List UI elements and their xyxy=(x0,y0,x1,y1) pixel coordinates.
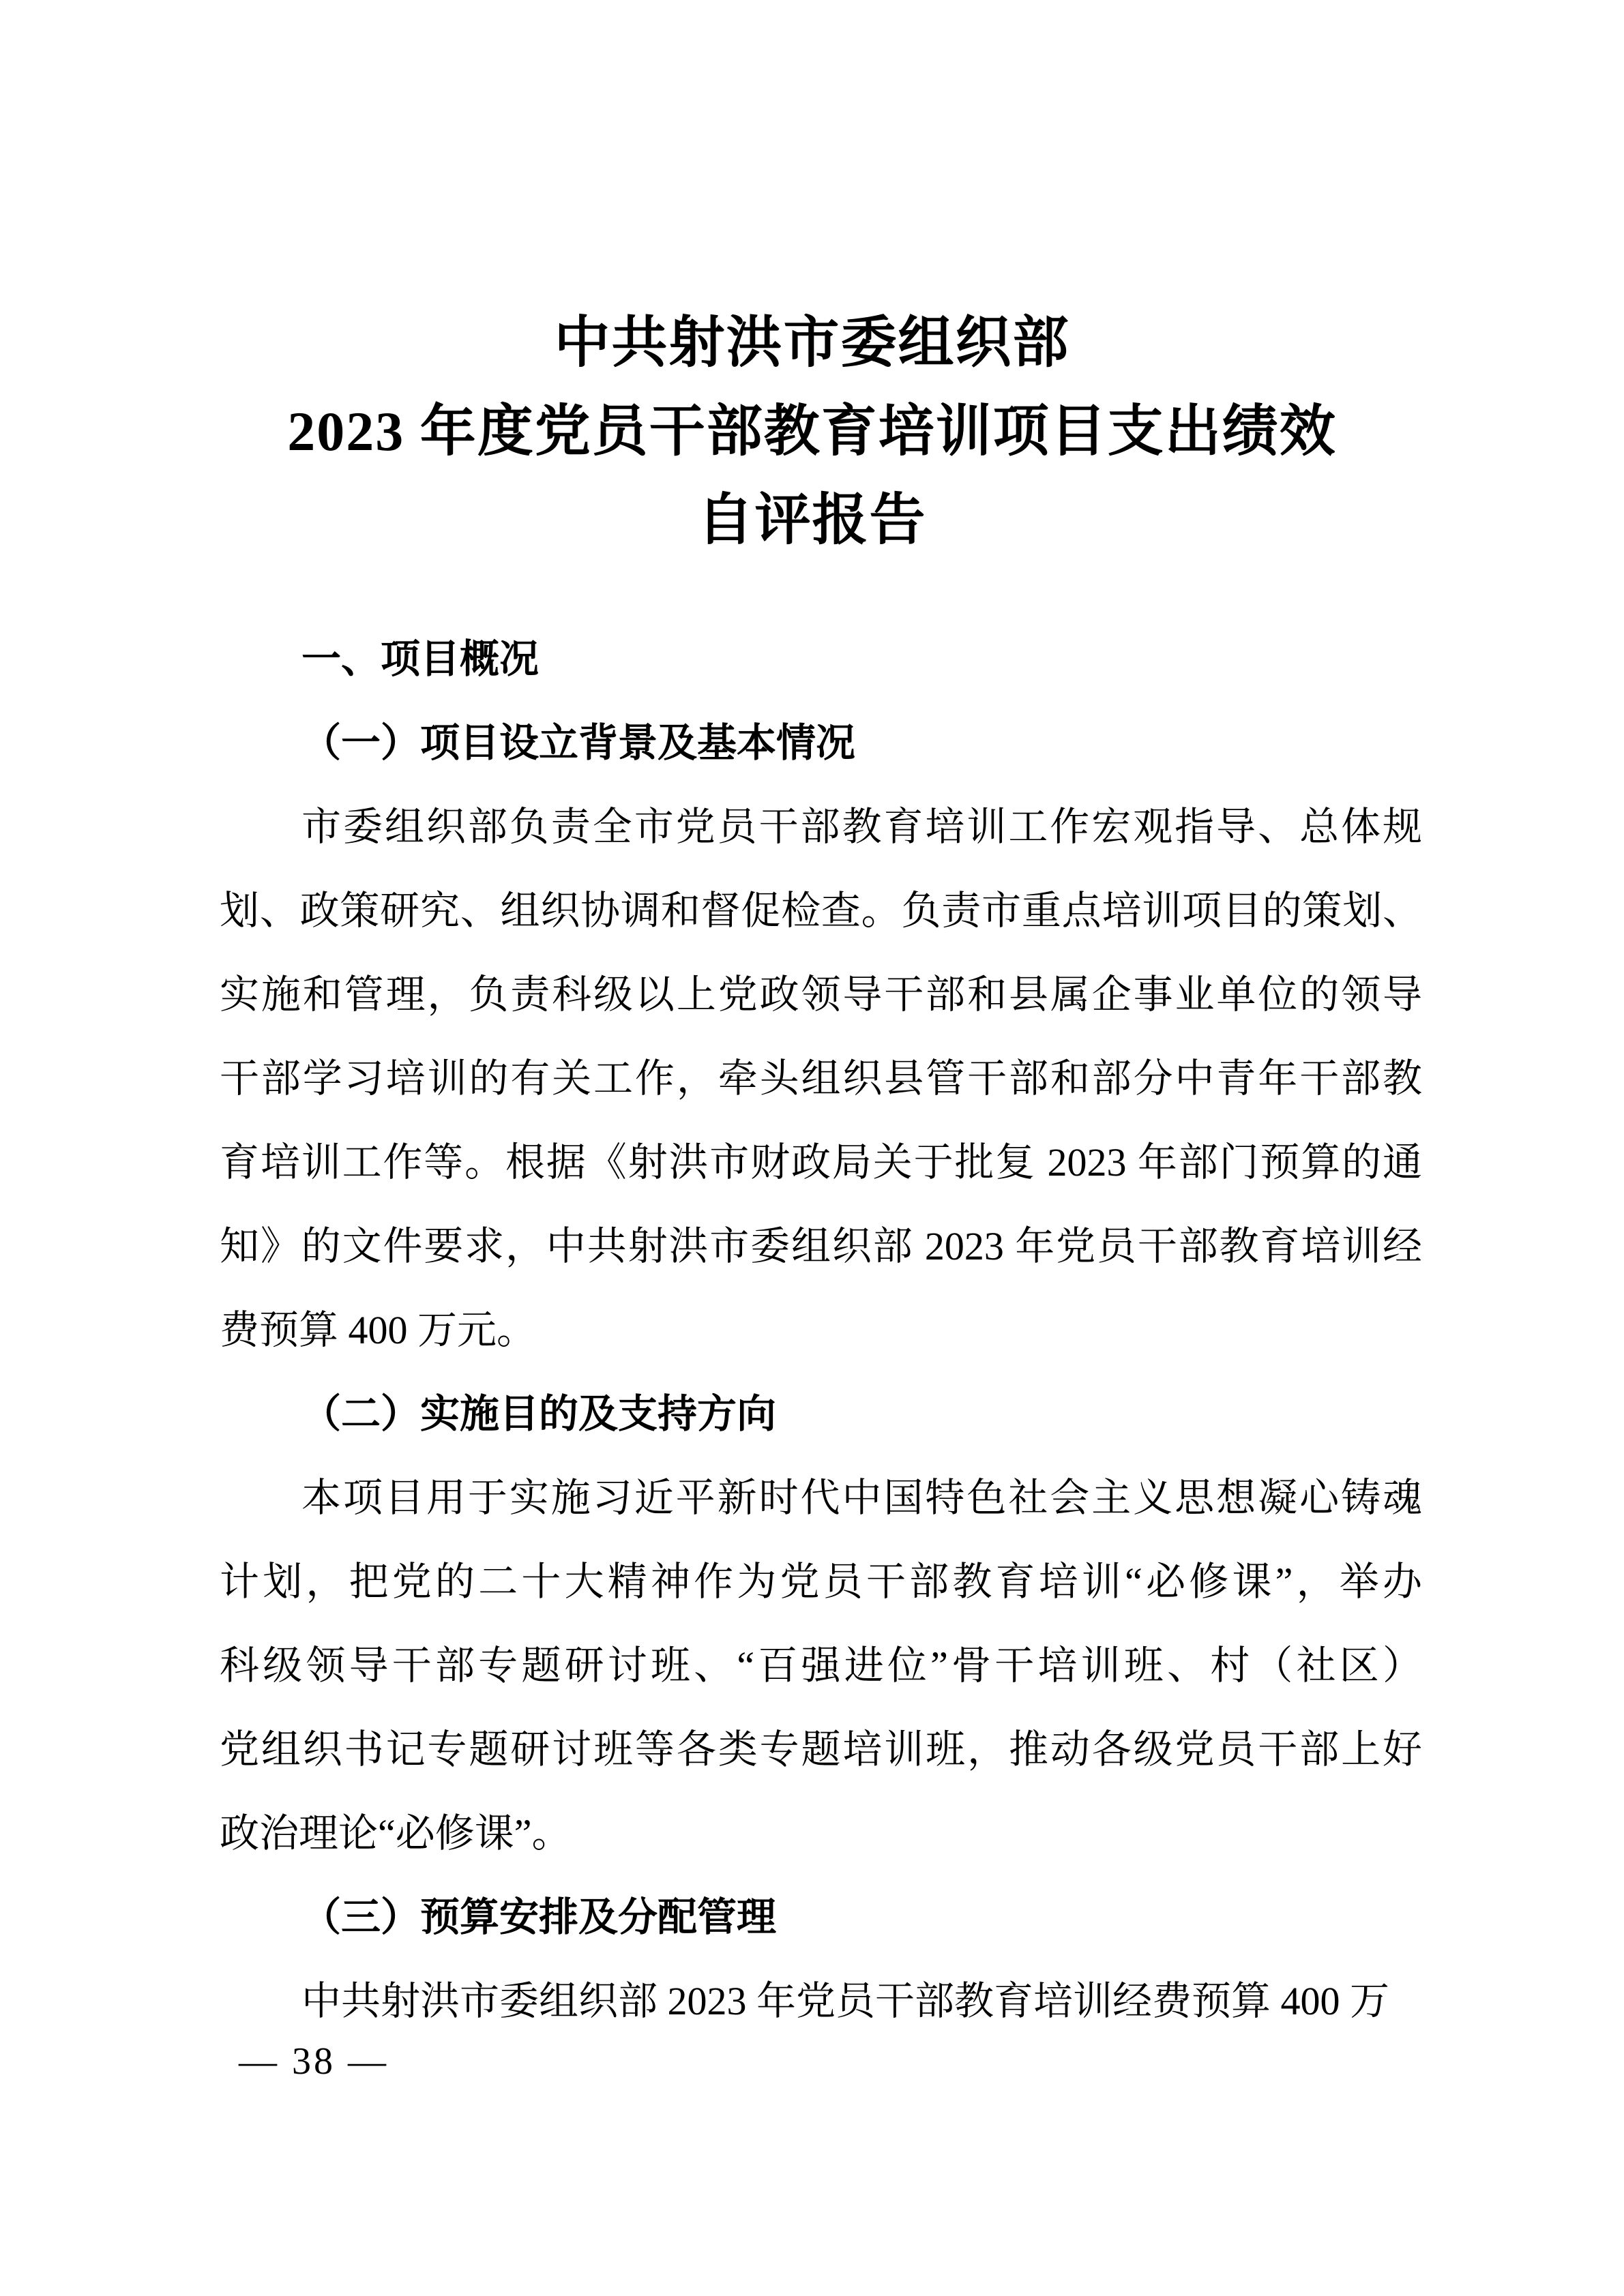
paragraph-line: 计划，把党的二十大精神作为党员干部教育培训“必修课”，举办 xyxy=(220,1540,1422,1624)
document-title-line-2: 2023 年度党员干部教育培训项目支出绩效 xyxy=(0,387,1624,476)
paragraph: 市委组织部负责全市党员干部教育培训工作宏观指导、总体规划、政策研究、组织协调和督… xyxy=(220,785,1422,1372)
paragraph-line: 中共射洪市委组织部 2023 年党员干部教育培训经费预算 400 万 xyxy=(220,1959,1422,2043)
subsection-heading: （一）项目设立背景及基本情况 xyxy=(220,701,1422,785)
paragraph-line: 费预算 400 万元。 xyxy=(220,1288,1422,1372)
paragraph: 本项目用于实施习近平新时代中国特色社会主义思想凝心铸魂计划，把党的二十大精神作为… xyxy=(220,1456,1422,1875)
paragraph-line: 党组织书记专题研讨班等各类专题培训班，推动各级党员干部上好 xyxy=(220,1708,1422,1791)
paragraph-line: 市委组织部负责全市党员干部教育培训工作宏观指导、总体规 xyxy=(220,785,1422,869)
document-title: 中共射洪市委组织部 2023 年度党员干部教育培训项目支出绩效 自评报告 xyxy=(0,299,1624,565)
document-title-line-1: 中共射洪市委组织部 xyxy=(0,299,1624,387)
subsection-heading: （二）实施目的及支持方向 xyxy=(220,1372,1422,1456)
document-page: 中共射洪市委组织部 2023 年度党员干部教育培训项目支出绩效 自评报告 一、项… xyxy=(0,0,1624,2296)
paragraph-line: 划、政策研究、组织协调和督促检查。负责市重点培训项目的策划、 xyxy=(220,869,1422,953)
paragraph-line: 知》的文件要求，中共射洪市委组织部 2023 年党员干部教育培训经 xyxy=(220,1204,1422,1288)
paragraph-line: 育培训工作等。根据《射洪市财政局关于批复 2023 年部门预算的通 xyxy=(220,1120,1422,1204)
paragraph-line: 本项目用于实施习近平新时代中国特色社会主义思想凝心铸魂 xyxy=(220,1456,1422,1540)
paragraph-line: 政治理论“必修课”。 xyxy=(220,1791,1422,1875)
subsection-heading: （三）预算安排及分配管理 xyxy=(220,1875,1422,1959)
paragraph-line: 实施和管理，负责科级以上党政领导干部和县属企事业单位的领导 xyxy=(220,953,1422,1037)
paragraph: 中共射洪市委组织部 2023 年党员干部教育培训经费预算 400 万 xyxy=(220,1959,1422,2043)
page-number: — 38 — xyxy=(239,2038,389,2085)
paragraph-line: 干部学习培训的有关工作，牵头组织县管干部和部分中青年干部教 xyxy=(220,1037,1422,1120)
content-area: 一、项目概况（一）项目设立背景及基本情况市委组织部负责全市党员干部教育培训工作宏… xyxy=(220,617,1422,2043)
section-heading: 一、项目概况 xyxy=(220,617,1422,701)
document-title-line-3: 自评报告 xyxy=(0,476,1624,565)
paragraph-line: 科级领导干部专题研讨班、“百强进位”骨干培训班、村（社区） xyxy=(220,1624,1422,1708)
